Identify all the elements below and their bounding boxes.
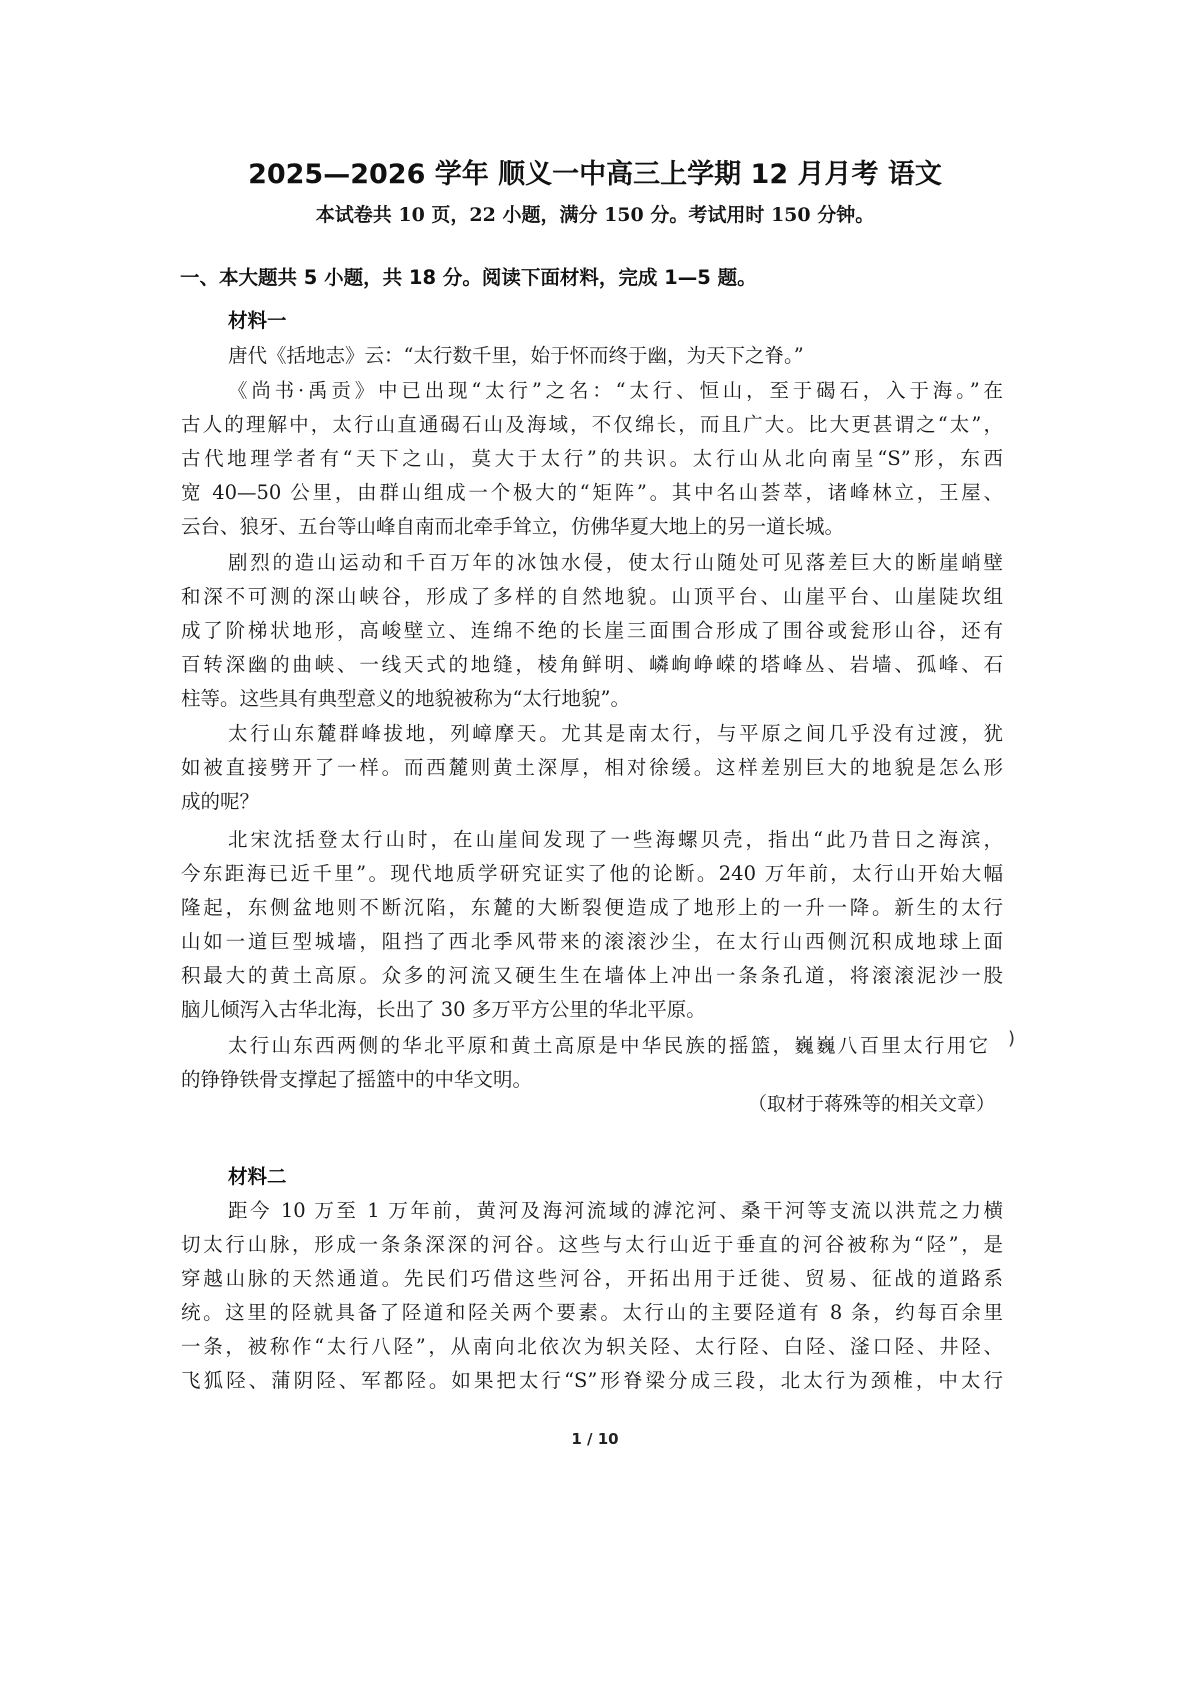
pen-mark-icon: ): [1008, 1028, 1015, 1049]
paragraph-line: 古代地理学者有“天下之山，莫大于太行”的共识。太行山从北向南呈“S”形，东西: [181, 443, 1003, 471]
exam-instructions: 本试卷共 10 页，22 小题，满分 150 分。考试用时 150 分钟。: [0, 200, 1190, 227]
paragraph-line: 和深不可测的深山峡谷，形成了多样的自然地貌。山顶平台、山崖平台、山崖陡坎组: [181, 581, 1003, 609]
paragraph-line: 太行山东西两侧的华北平原和黄土高原是中华民族的摇篮，巍巍八百里太行用它: [228, 1030, 988, 1058]
paragraph-line: 隆起，东侧盆地则不断沉陷，东麓的大断裂便造成了地形上的一升一降。新生的太行: [181, 892, 1003, 920]
paragraph-line: 脑儿倾泻入古华北海，长出了 30 多万平方公里的华北平原。: [181, 994, 1003, 1022]
paragraph-line: 飞狐陉、蒲阴陉、军都陉。如果把太行“S”形脊梁分成三段，北太行为颈椎，中太行: [181, 1365, 1003, 1393]
paragraph-line: 宽 40—50 公里，由群山组成一个极大的“矩阵”。其中名山荟萃，诸峰林立，王屋…: [181, 477, 1003, 505]
paragraph-line: 的铮铮铁骨支撑起了摇篮中的中华文明。: [181, 1064, 1003, 1092]
paragraph-line: 距今 10 万至 1 万年前，黄河及海河流域的滹沱河、桑干河等支流以洪荒之力横: [228, 1195, 1003, 1223]
paragraph-line: 穿越山脉的天然通道。先民们巧借这些河谷，开拓出用于迁徙、贸易、征战的道路系: [181, 1263, 1003, 1291]
paragraph-line: 今东距海已近千里”。现代地质学研究证实了他的论断。240 万年前，太行山开始大幅: [181, 858, 1003, 886]
paragraph-line: 成的呢？: [181, 786, 1003, 814]
exam-page: 2025—2026 学年 顺义一中高三上学期 12 月月考 语文 本试卷共 10…: [0, 0, 1190, 1684]
material-2-label: 材料二: [228, 1161, 287, 1189]
paragraph-line: 切太行山脉，形成一条条深深的河谷。这些与太行山近于垂直的河谷被称为“陉”，是: [181, 1229, 1003, 1257]
section-1-heading: 一、本大题共 5 小题，共 18 分。阅读下面材料，完成 1—5 题。: [180, 262, 757, 290]
paragraph-line: 太行山东麓群峰拔地，列嶂摩天。尤其是南太行，与平原之间几乎没有过渡，犹: [228, 718, 1003, 746]
page-number: 1 / 10: [0, 1430, 1190, 1448]
source-attribution: （取材于蒋殊等的相关文章）: [748, 1089, 995, 1116]
paragraph-line: 一条，被称作“太行八陉”，从南向北依次为轵关陉、太行陉、白陉、滏口陉、井陉、: [181, 1331, 1003, 1359]
paragraph-line: 百转深幽的曲峡、一线天式的地缝，棱角鲜明、嶙峋峥嵘的塔峰丛、岩墙、孤峰、石: [181, 649, 1003, 677]
paragraph-line: 北宋沈括登太行山时，在山崖间发现了一些海螺贝壳，指出“此乃昔日之海滨，: [228, 824, 1003, 852]
paragraph-line: 柱等。这些具有典型意义的地貌被称为“太行地貌”。: [181, 683, 1003, 711]
material-1-label: 材料一: [228, 305, 287, 333]
paragraph-line: 唐代《括地志》云：“太行数千里，始于怀而终于幽，为天下之脊。”: [228, 340, 1003, 368]
paragraph-line: 云台、狼牙、五台等山峰自南而北牵手耸立，仿佛华夏大地上的另一道长城。: [181, 511, 1003, 539]
paragraph-line: 古人的理解中，太行山直通碣石山及海域，不仅绵长，而且广大。比大更甚谓之“太”，: [181, 409, 1003, 437]
paragraph-line: 成了阶梯状地形，高峻壁立、连绵不绝的长崖三面围合形成了围谷或瓮形山谷，还有: [181, 615, 1003, 643]
paragraph-line: 积最大的黄土高原。众多的河流又硬生生在墙体上冲出一条条孔道，将滚滚泥沙一股: [181, 960, 1003, 988]
paragraph-line: 《尚书·禹贡》中已出现“太行”之名：“太行、恒山，至于碣石，入于海。”在: [228, 375, 1003, 403]
paragraph-line: 如被直接劈开了一样。而西麓则黄土深厚，相对徐缓。这样差别巨大的地貌是怎么形: [181, 752, 1003, 780]
paragraph-line: 统。这里的陉就具备了陉道和陉关两个要素。太行山的主要陉道有 8 条，约每百余里: [181, 1297, 1003, 1325]
paragraph-line: 山如一道巨型城墙，阻挡了西北季风带来的滚滚沙尘，在太行山西侧沉积成地球上面: [181, 926, 1003, 954]
exam-title: 2025—2026 学年 顺义一中高三上学期 12 月月考 语文: [0, 152, 1190, 191]
paragraph-line: 剧烈的造山运动和千百万年的冰蚀水侵，使太行山随处可见落差巨大的断崖峭壁: [228, 547, 1003, 575]
